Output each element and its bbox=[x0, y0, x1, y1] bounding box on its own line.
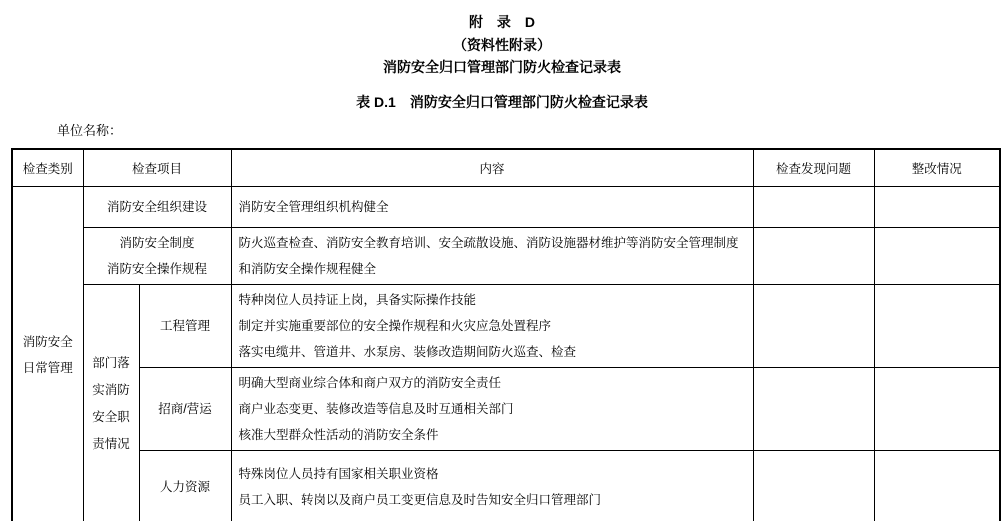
problems-cell-2 bbox=[753, 227, 874, 284]
problems-cell-1 bbox=[753, 186, 874, 227]
sub-item-cell-engineering: 工程管理 bbox=[139, 284, 231, 367]
rectification-cell-3 bbox=[874, 284, 1000, 367]
content-cell-engineering: 特种岗位人员持证上岗，具备实际操作技能 制定并实施重要部位的安全操作规程和火灾应… bbox=[231, 284, 753, 367]
fire-inspection-record-table: 检查类别 检查项目 内容 检查发现问题 整改情况 消防安全 日常管理 消防安全组… bbox=[11, 148, 1001, 521]
category-cell: 消防安全 日常管理 bbox=[12, 186, 83, 521]
content-cell-human-resources: 特殊岗位人员持有国家相关职业资格 员工入职、转岗以及商户员工变更信息及时告知安全… bbox=[231, 450, 753, 521]
rectification-cell-5 bbox=[874, 450, 1000, 521]
rectification-cell-2 bbox=[874, 227, 1000, 284]
rectification-cell-1 bbox=[874, 186, 1000, 227]
col-header-problems: 检查发现问题 bbox=[753, 149, 874, 186]
title-block: 附 录 D （资料性附录） 消防安全归口管理部门防火检查记录表 表 D.1 消防… bbox=[0, 0, 1004, 109]
table-row-rules: 消防安全制度 消防安全操作规程 防火巡查检查、消防安全教育培训、安全疏散设施、消… bbox=[12, 227, 1000, 284]
col-header-rectification: 整改情况 bbox=[874, 149, 1000, 186]
header-row: 检查类别 检查项目 内容 检查发现问题 整改情况 bbox=[12, 149, 1000, 186]
col-header-content: 内容 bbox=[231, 149, 753, 186]
appendix-type-label: （资料性附录） bbox=[0, 38, 1004, 52]
problems-cell-3 bbox=[753, 284, 874, 367]
content-cell-rules: 防火巡查检查、消防安全教育培训、安全疏散设施、消防设施器材维护等消防安全管理制度… bbox=[231, 227, 753, 284]
appendix-heading: 附 录 D bbox=[0, 0, 1004, 29]
item-cell-org-building: 消防安全组织建设 bbox=[83, 186, 231, 227]
appendix-title: 消防安全归口管理部门防火检查记录表 bbox=[0, 60, 1004, 74]
col-header-item: 检查项目 bbox=[83, 149, 231, 186]
table-row-human-resources: 人力资源 特殊岗位人员持有国家相关职业资格 员工入职、转岗以及商户员工变更信息及… bbox=[12, 450, 1000, 521]
group-item-cell-dept-duty: 部门落 实消防 安全职 责情况 bbox=[83, 284, 139, 521]
content-cell-org-building: 消防安全管理组织机构健全 bbox=[231, 186, 753, 227]
sub-item-cell-leasing-operation: 招商/营运 bbox=[139, 367, 231, 450]
table-row-engineering: 部门落 实消防 安全职 责情况 工程管理 特种岗位人员持证上岗，具备实际操作技能… bbox=[12, 284, 1000, 367]
table-row-leasing-operation: 招商/营运 明确大型商业综合体和商户双方的消防安全责任 商户业态变更、装修改造等… bbox=[12, 367, 1000, 450]
table-caption: 表 D.1 消防安全归口管理部门防火检查记录表 bbox=[0, 95, 1004, 109]
col-header-category: 检查类别 bbox=[12, 149, 83, 186]
table-row-org-building: 消防安全 日常管理 消防安全组织建设 消防安全管理组织机构健全 bbox=[12, 186, 1000, 227]
sub-item-cell-human-resources: 人力资源 bbox=[139, 450, 231, 521]
rectification-cell-4 bbox=[874, 367, 1000, 450]
problems-cell-5 bbox=[753, 450, 874, 521]
problems-cell-4 bbox=[753, 367, 874, 450]
unit-name-label: 单位名称： bbox=[57, 124, 1004, 138]
item-cell-rules: 消防安全制度 消防安全操作规程 bbox=[83, 227, 231, 284]
content-cell-leasing-operation: 明确大型商业综合体和商户双方的消防安全责任 商户业态变更、装修改造等信息及时互通… bbox=[231, 367, 753, 450]
